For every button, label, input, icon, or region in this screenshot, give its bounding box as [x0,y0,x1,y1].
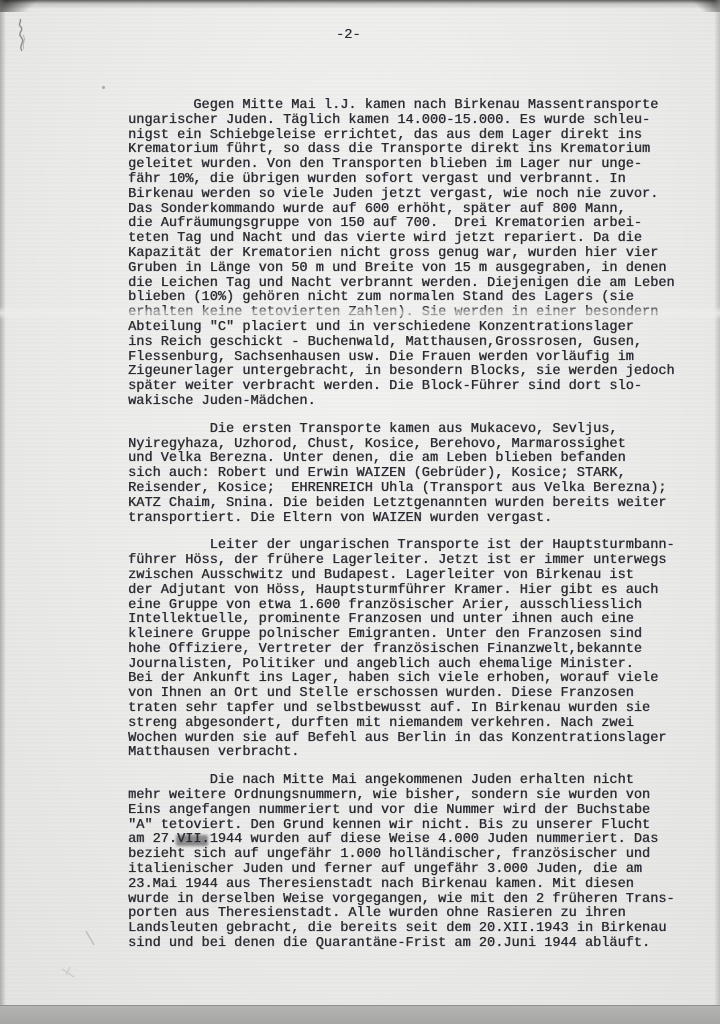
scan-edge-top-left [0,0,40,12]
pencil-scribble-icon [13,18,35,54]
paragraph-leaders: Leiter der ungarischen Transporte ist de… [128,539,694,761]
ink-speck [102,86,105,89]
paragraph-transports: Gegen Mitte Mai l.J. kamen nach Birkenau… [128,99,694,410]
overtyped-date-smudge [176,835,208,846]
page-number: -2- [336,28,360,43]
paragraph-first-transports: Die ersten Transporte kamen aus Mukacevo… [128,423,694,527]
pencil-scribble-bottom-icon [52,925,116,1017]
scan-edge-top [0,0,720,9]
paragraph-numbering: Die nach Mitte Mai angekommenen Juden er… [128,774,694,952]
scan-edge-left [0,0,6,1024]
document-text: Gegen Mitte Mai l.J. kamen nach Birkenau… [128,99,694,965]
scan-edge-right [714,0,720,1024]
scanned-page: -2- Gegen Mitte Mai l.J. kamen nach Birk… [0,0,720,1024]
